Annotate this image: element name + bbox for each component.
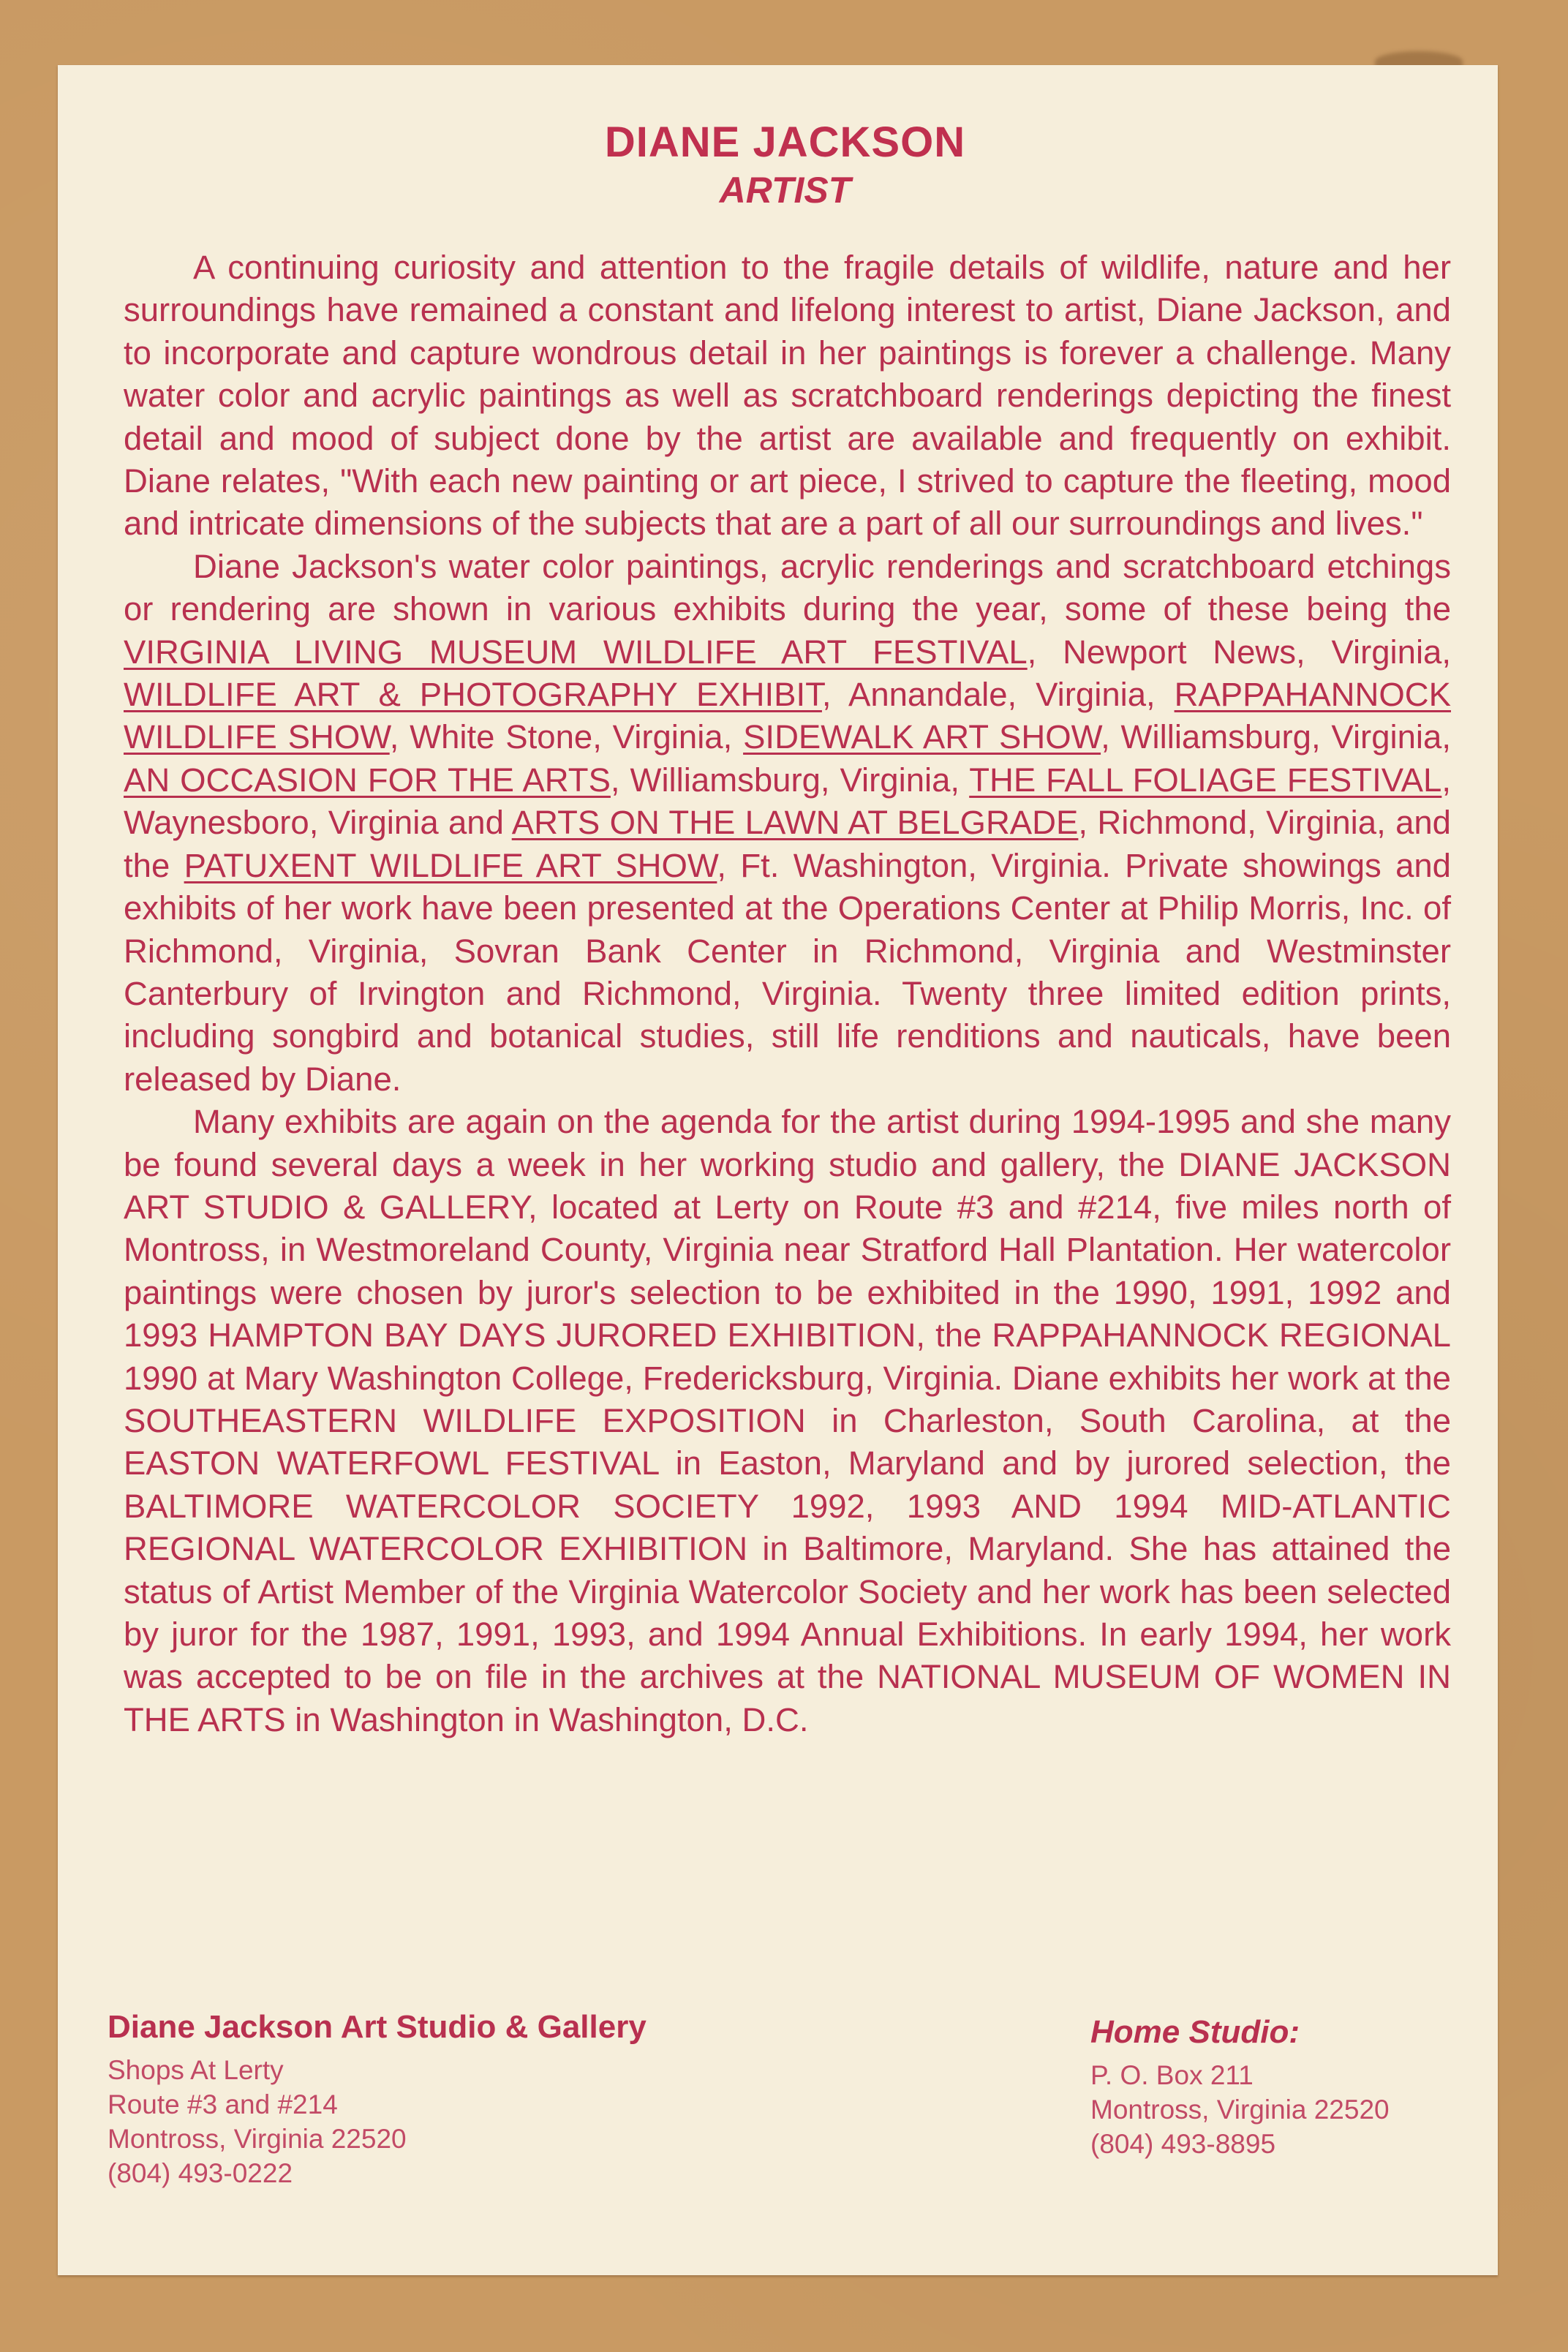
bio-text: Many exhibits are again on the agenda fo… — [124, 1103, 1451, 1738]
exhibit-name: THE FALL FOLIAGE FESTIVAL — [969, 761, 1441, 799]
exhibit-name: AN OCCASION FOR THE ARTS — [124, 761, 611, 799]
bio-body: A continuing curiosity and attention to … — [124, 246, 1451, 1741]
gallery-address-line: Route #3 and #214 — [108, 2087, 647, 2122]
exhibit-name: WILDLIFE ART & PHOTOGRAPHY EXHIBIT — [124, 676, 822, 713]
bio-text: A continuing curiosity and attention to … — [124, 249, 1451, 542]
bio-text: , Williamsburg, Virginia, — [1101, 718, 1451, 755]
exhibit-name: SIDEWALK ART SHOW — [743, 718, 1101, 755]
bio-paragraph-3: Many exhibits are again on the agenda fo… — [124, 1101, 1451, 1741]
home-studio-phone: (804) 493-8895 — [1090, 2127, 1390, 2161]
home-studio-address-line: P. O. Box 211 — [1090, 2058, 1390, 2092]
exhibit-name: ARTS ON THE LAWN AT BELGRADE — [512, 804, 1079, 841]
bio-text: , White Stone, Virginia, — [390, 718, 743, 755]
bio-text: , Newport News, Virginia, — [1028, 633, 1451, 671]
exhibit-name: PATUXENT WILDLIFE ART SHOW — [184, 847, 717, 884]
home-studio-address-line: Montross, Virginia 22520 — [1090, 2092, 1390, 2127]
bio-text: Diane Jackson's water color paintings, a… — [124, 548, 1451, 627]
gallery-phone: (804) 493-0222 — [108, 2156, 647, 2190]
bio-text: , Ft. Washington, Virginia. Private show… — [124, 847, 1451, 1098]
artist-bio-sheet: DIANE JACKSON ARTIST A continuing curios… — [58, 65, 1498, 2275]
home-studio-heading: Home Studio: — [1090, 2014, 1390, 2051]
home-studio-address-block: Home Studio: P. O. Box 211 Montross, Vir… — [1090, 2014, 1390, 2161]
gallery-address-line: Montross, Virginia 22520 — [108, 2122, 647, 2156]
artist-name-heading: DIANE JACKSON — [65, 118, 1505, 167]
artist-subtitle: ARTIST — [65, 169, 1505, 211]
gallery-heading: Diane Jackson Art Studio & Gallery — [108, 2009, 647, 2046]
bio-paragraph-2: Diane Jackson's water color paintings, a… — [124, 546, 1451, 1101]
gallery-address-line: Shops At Lerty — [108, 2053, 647, 2087]
bio-paragraph-1: A continuing curiosity and attention to … — [124, 246, 1451, 546]
bio-text: , Williamsburg, Virginia, — [611, 761, 969, 799]
bio-text: , Annandale, Virginia, — [822, 676, 1175, 713]
gallery-address-block: Diane Jackson Art Studio & Gallery Shops… — [108, 2009, 647, 2190]
exhibit-name: VIRGINIA LIVING MUSEUM WILDLIFE ART FEST… — [124, 633, 1028, 671]
